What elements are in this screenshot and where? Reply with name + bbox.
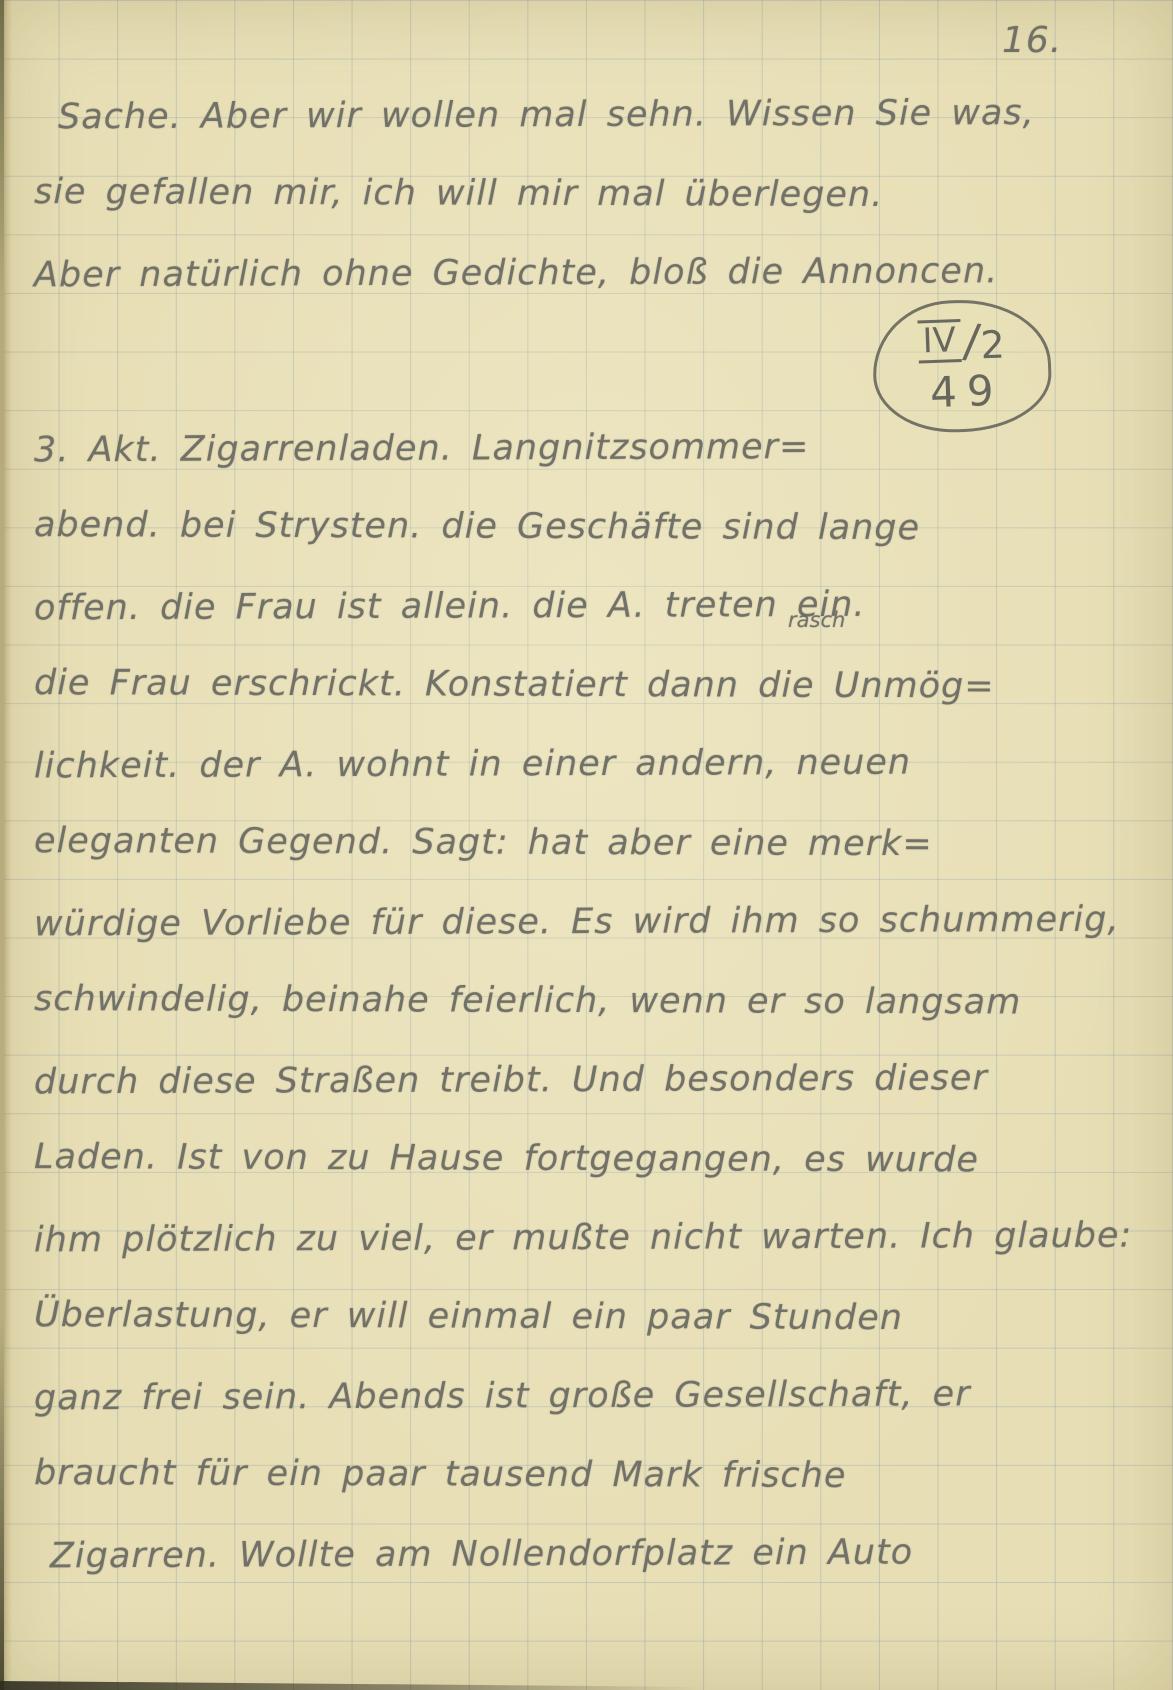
page-bottom-edge-shadow [0,1681,700,1690]
handwritten-line: eleganten Gegend. Sagt: hat aber eine me… [0,802,1173,885]
page-number: 16. [1002,20,1062,61]
handwritten-line: ganz frei sein. Abends ist große Gesells… [0,1354,1173,1438]
handwritten-line: schwindelig, beinahe feierlich, wenn er … [0,960,1173,1043]
handwritten-line: durch diese Straßen treibt. Und besonder… [0,1038,1173,1122]
handwritten-line: Sache. Aber wir wollen mal sehn. Wissen … [0,73,1173,157]
handwritten-text-block: Sache. Aber wir wollen mal sehn. Wissen … [0,76,1173,1594]
handwritten-line: Laden. Ist von zu Hause fortgegangen, es… [0,1118,1173,1201]
handwritten-line: braucht für ein paar tausend Mark frisch… [0,1434,1173,1517]
interline-insertion: rasch [788,608,845,632]
handwritten-line: Überlastung, er will einmal ein paar Stu… [0,1276,1173,1359]
handwritten-line: offen. die Frau ist allein. die A. trete… [0,564,1173,648]
handwritten-line: abend. bei Strysten. die Geschäfte sind … [0,486,1173,569]
handwritten-line: sie gefallen mir, ich will mir mal überl… [0,153,1173,236]
handwritten-line: Aber natürlich ohne Gedichte, bloß die A… [0,231,1173,315]
handwritten-line: würdige Vorliebe für diese. Es wird ihm … [0,880,1173,964]
handwritten-line: lichkeit. der A. wohnt in einer andern, … [0,722,1173,806]
handwritten-line: 3. Akt. Zigarrenladen. Langnitzsommer= [0,406,1173,490]
handwritten-line: Zigarren. Wollte am Nollendorfplatz ein … [0,1512,1173,1596]
manuscript-page: 16. IV / 2 49 Sache. Aber wir wollen mal… [0,0,1173,1690]
blank-rows [0,313,1173,409]
handwritten-line: ihm plötzlich zu viel, er mußte nicht wa… [0,1196,1173,1280]
handwritten-line: die Frau erschrickt. Konstatiert dann di… [0,644,1173,727]
